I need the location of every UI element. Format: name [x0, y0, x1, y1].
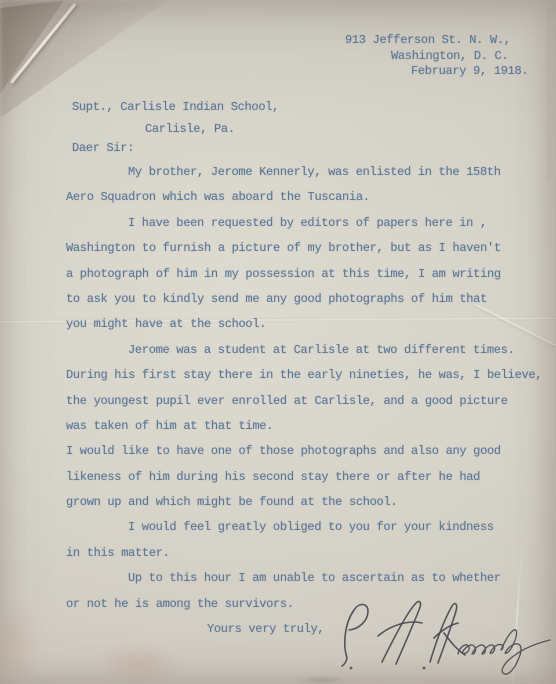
body-line: Washington to furnish a picture of my br…	[66, 236, 554, 261]
recipient-line-2: Carlisle, Pa.	[145, 122, 235, 136]
body-line: I would like to have one of those photog…	[66, 439, 554, 464]
salutation: Daer Sir:	[72, 141, 134, 155]
body-line: I would feel greatly obliged to you for …	[66, 515, 554, 540]
body-line: grown up and which might be found at the…	[66, 490, 554, 515]
body-line: Jerome was a student at Carlisle at two …	[66, 338, 554, 363]
body-line: I have been requested by editors of pape…	[66, 211, 554, 236]
body-line: Up to this hour I am unable to ascertain…	[66, 566, 554, 591]
paper-stain	[96, 642, 182, 684]
body-line: in this matter.	[66, 541, 554, 566]
vertical-crease-right-edge	[548, 10, 550, 180]
sender-city-line: Washington, D. C.	[391, 49, 508, 63]
scanned-letter: 913 Jefferson St. N. W., Washington, D. …	[0, 0, 556, 684]
body-line: My brother, Jerome Kennerly, was enliste…	[66, 160, 554, 185]
recipient-line-1: Supt., Carlisle Indian School,	[72, 100, 279, 114]
letter-date: February 9, 1918.	[411, 64, 528, 78]
letter-body: My brother, Jerome Kennerly, was enliste…	[66, 160, 554, 642]
body-line: was taken of him at that time.	[66, 414, 554, 439]
letter-paper: 913 Jefferson St. N. W., Washington, D. …	[0, 0, 556, 684]
body-line: likeness of him during his second stay t…	[66, 465, 554, 490]
body-line: to ask you to kindly send me any good ph…	[66, 287, 554, 312]
handwritten-signature	[318, 596, 554, 684]
body-line: a photograph of him in my possession at …	[66, 262, 554, 287]
body-line: you might have at the school.	[66, 312, 554, 337]
body-line: Aero Squadron which was aboard the Tusca…	[66, 185, 554, 210]
paper-stain-left	[0, 598, 42, 684]
body-line: the youngest pupil ever enrolled at Carl…	[66, 389, 554, 414]
body-line: During his first stay there in the early…	[66, 363, 554, 388]
sender-street-line: 913 Jefferson St. N. W.,	[345, 33, 511, 47]
